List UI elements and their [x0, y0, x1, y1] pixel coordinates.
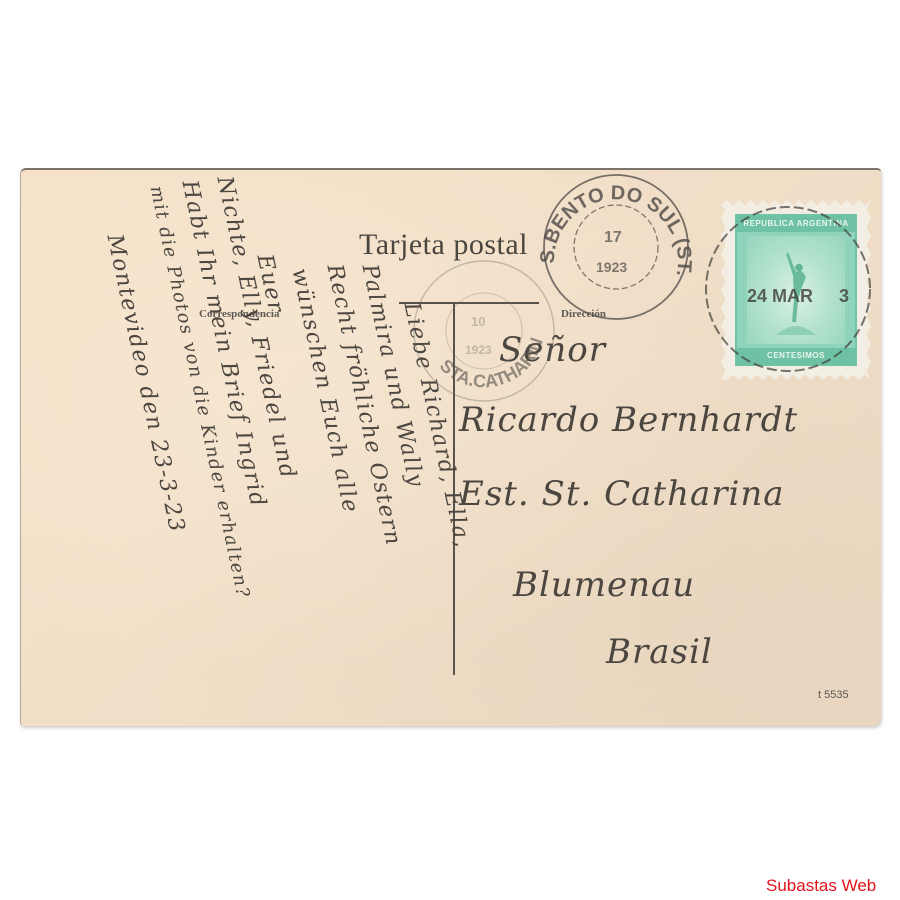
watermark: Subastas Web: [766, 876, 876, 896]
catalog-number: t 5535: [818, 689, 849, 701]
svg-text:10: 10: [471, 314, 485, 329]
svg-text:S.BENTO DO SUL (ST.CATHAR.): S.BENTO DO SUL (ST.CATHAR.): [526, 172, 695, 278]
address-line: Ricardo Bernhardt: [459, 400, 798, 440]
address-line: Est. St. Catharina: [459, 474, 785, 514]
address-line: Blumenau: [513, 565, 695, 605]
mercury-figure-icon: [747, 236, 845, 344]
svg-text:1923: 1923: [596, 259, 627, 275]
address-label: Dirección: [561, 308, 606, 320]
postmark-sao-bento: S.BENTO DO SUL (ST.CATHAR.) 17 1923: [526, 172, 706, 322]
postcard-title: Tarjeta postal: [359, 228, 528, 262]
postcard: Tarjeta postal Correspondencia Dirección…: [20, 168, 881, 726]
stamp-bottom-text: CENTESIMOS: [737, 348, 855, 364]
svg-text:1923: 1923: [465, 343, 492, 357]
address-line: Brasil: [606, 632, 713, 672]
postage-stamp: REPUBLICA ARGENTINA CENTESIMOS: [721, 200, 871, 380]
svg-text:17: 17: [604, 229, 622, 246]
stamp-top-text: REPUBLICA ARGENTINA: [737, 216, 855, 232]
address-line: Señor: [499, 330, 606, 370]
